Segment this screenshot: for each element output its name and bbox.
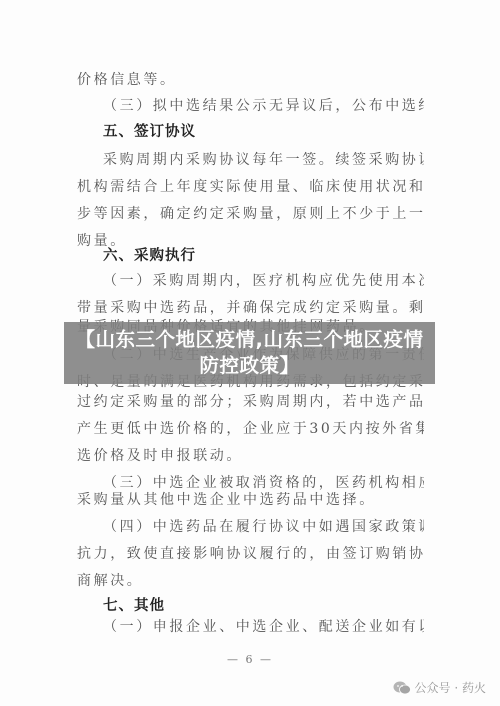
text-line: 抗力，致使直接影响协议履行的，由签订购销协议的各方协 <box>77 545 424 563</box>
text-line: 采购周期内采购协议每年一签。续签采购协议时，医药 <box>103 151 424 169</box>
text-line: （四）中选药品在履行协议中如遇国家政策调整或不可 <box>103 518 424 536</box>
text-line: 采购量从其他中选企业中选药品中选择。 <box>77 491 424 509</box>
text-line: 产生更低中选价格的，企业应于30天内按外省集采最低中 <box>77 420 424 438</box>
text-line: （一）采购周期内，医疗机构应优先使用本次药品集中 <box>103 272 424 290</box>
text-line: （一）申报企业、中选企业、配送企业如有以下行为， <box>103 618 424 636</box>
document-page: 价格信息等。（三）拟中选结果公示无异议后，公布中选结果。五、签订协议采购周期内采… <box>0 0 500 706</box>
section-heading: 七、其他 <box>103 597 450 615</box>
wechat-icon <box>393 681 411 695</box>
title-banner: 【山东三个地区疫情,山东三个地区疫情防控政策】 <box>64 322 435 384</box>
page-number: — 6 — <box>0 653 500 666</box>
text-line: 带量采购中选药品，并确保完成约定采购量。剩余用量可适 <box>77 299 424 317</box>
text-line: （三）拟中选结果公示无异议后，公布中选结果。 <box>103 97 424 115</box>
text-line: 步等因素，确定约定采购量，原则上不少于上一年度约定采 <box>77 205 424 223</box>
banner-title: 【山东三个地区疫情,山东三个地区疫情防控政策】 <box>70 327 430 379</box>
section-heading: 五、签订协议 <box>103 123 450 141</box>
text-line: （三）中选企业被取消资格的，医药机构相应协议约定 <box>103 474 424 492</box>
text-line: 过约定采购量的部分；采购周期内，若中选产品在外省集采 <box>77 393 424 411</box>
text-line: 价格信息等。 <box>77 71 424 89</box>
source-watermark: 公众号 · 药火 <box>393 679 486 696</box>
text-line: 机构需结合上年度实际使用量、临床使用状况和医疗技术进 <box>77 178 424 196</box>
section-heading: 六、采购执行 <box>103 247 450 265</box>
text-line: 商解决。 <box>77 572 424 590</box>
text-line: 选价格及时申报联动。 <box>77 447 424 465</box>
watermark-text: 公众号 · 药火 <box>415 679 486 696</box>
